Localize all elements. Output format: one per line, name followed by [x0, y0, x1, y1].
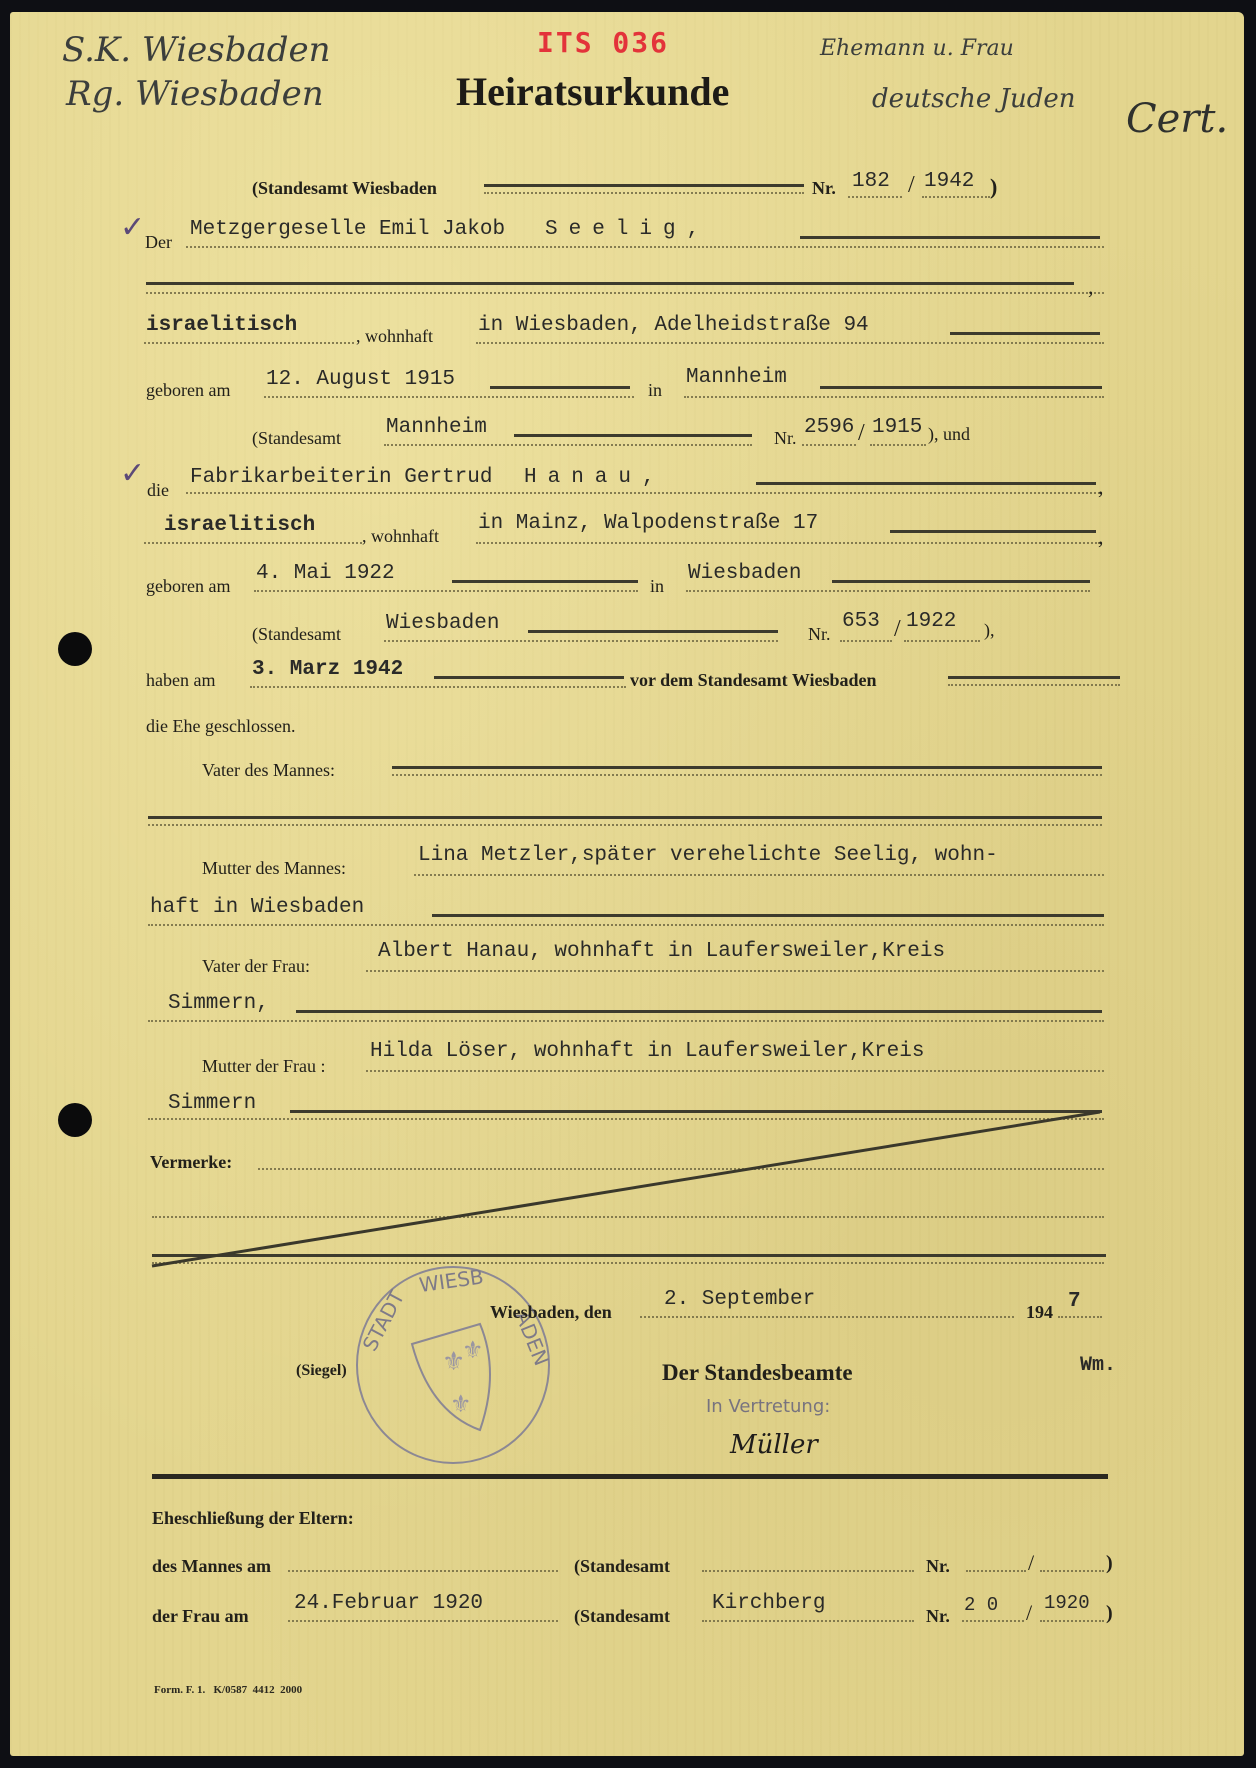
groom-parents-marriage-label: des Mannes am	[152, 1556, 271, 1577]
section-divider	[152, 1474, 1108, 1479]
issue-date: 2. September	[664, 1288, 815, 1311]
dotted-line	[288, 1570, 558, 1572]
dotted-line	[962, 1620, 1024, 1622]
dotted-line	[702, 1620, 914, 1622]
dotted-line	[288, 1620, 558, 1622]
dotted-line	[966, 1570, 1026, 1572]
city-seal-stamp: ⚜ ⚜ ⚜ STADT WIESB ADEN	[350, 1262, 556, 1468]
groom-parents-registry-label: (Standesamt	[574, 1556, 670, 1577]
dotted-line	[702, 1570, 914, 1572]
dotted-line	[640, 1316, 1014, 1318]
deputy-stamp: In Vertretung:	[706, 1396, 830, 1417]
svg-text:WIESB: WIESB	[418, 1264, 485, 1297]
slash: /	[1026, 1600, 1032, 1626]
seal-label: (Siegel)	[296, 1362, 347, 1380]
issue-year-suffix: 7	[1068, 1290, 1081, 1313]
close-paren: )	[1106, 1602, 1113, 1625]
form-code: Form. F. 1. K/0587 4412 2000	[154, 1684, 302, 1696]
bride-parents-nr: 2 0	[964, 1594, 998, 1616]
dotted-line	[1058, 1316, 1102, 1318]
parents-marriage-heading: Eheschließung der Eltern:	[152, 1508, 354, 1529]
official-signature: Müller	[730, 1430, 818, 1460]
issue-place-label: Wiesbaden, den	[490, 1302, 612, 1323]
bride-parents-nr-label: Nr.	[926, 1606, 950, 1627]
svg-text:⚜: ⚜	[450, 1390, 472, 1418]
cancellation-diagonal-line	[0, 0, 1256, 1300]
slash: /	[1028, 1550, 1034, 1576]
svg-text:⚜: ⚜	[462, 1336, 484, 1364]
dotted-line	[1040, 1570, 1104, 1572]
dotted-line	[1040, 1620, 1104, 1622]
bride-parents-registry-label: (Standesamt	[574, 1606, 670, 1627]
bride-parents-year: 1920	[1044, 1592, 1090, 1614]
official-title: Der Standesbeamte	[662, 1360, 853, 1386]
issue-year-prefix: 194	[1026, 1302, 1053, 1323]
groom-parents-nr-label: Nr.	[926, 1556, 950, 1577]
bride-parents-marriage-label: der Frau am	[152, 1606, 249, 1627]
official-initials: Wm.	[1080, 1354, 1116, 1377]
bride-parents-marriage-date: 24.Februar 1920	[294, 1592, 483, 1615]
bride-parents-registry: Kirchberg	[712, 1592, 825, 1615]
svg-text:STADT: STADT	[358, 1286, 410, 1355]
close-paren: )	[1106, 1552, 1113, 1575]
